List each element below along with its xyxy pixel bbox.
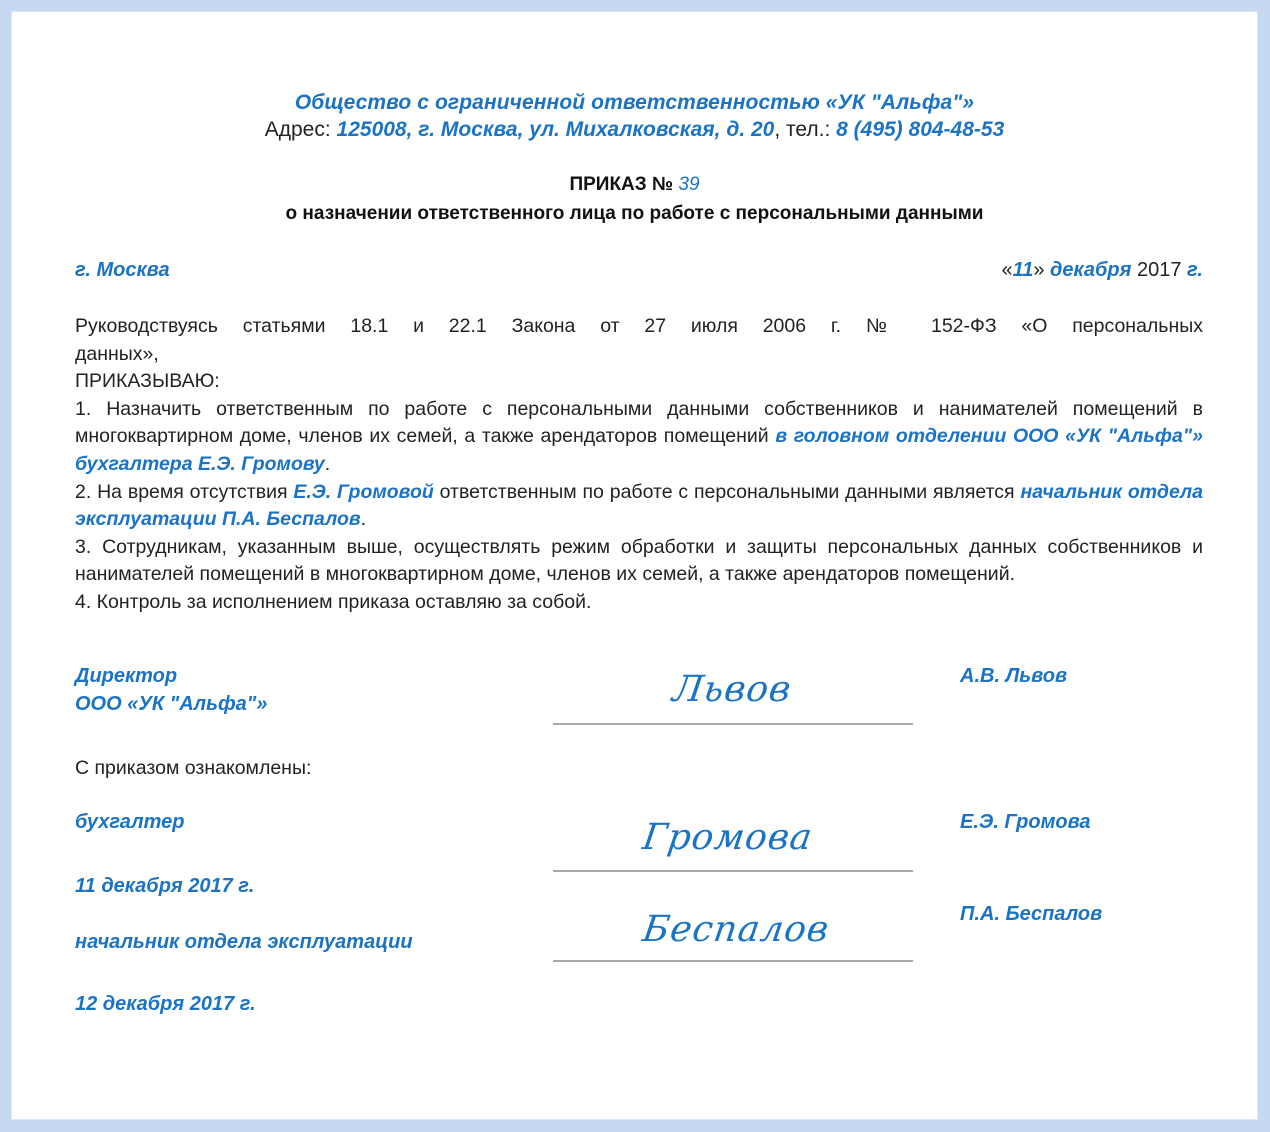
date-year: 2017 — [1131, 259, 1181, 281]
manager-signature-line — [553, 960, 913, 962]
preamble-line-1: Руководствуясь статьями 18.1 и 22.1 Зако… — [75, 313, 1203, 341]
item-2-text-a: 2. На время отсутствия — [75, 481, 293, 503]
accountant-signature-line — [553, 870, 913, 872]
item-1-end: . — [325, 453, 330, 475]
order-title-prefix: ПРИКАЗ № — [569, 174, 678, 195]
manager-title: начальник отдела эксплуатации — [75, 928, 413, 956]
date-year-suffix: г. — [1181, 259, 1203, 281]
director-name: А.В. Львов — [960, 662, 1067, 690]
manager-signature: Беспалов — [640, 909, 832, 950]
address-label: Адрес: — [265, 118, 337, 141]
item-2-end: . — [361, 508, 366, 530]
item-4: 4. Контроль за исполнением приказа остав… — [75, 589, 1203, 617]
phone-value: 8 (495) 804-48-53 — [836, 118, 1004, 141]
accountant-name: Е.Э. Громова — [960, 808, 1091, 836]
date-month: декабря — [1050, 259, 1131, 281]
order-body: Руководствуясь статьями 18.1 и 22.1 Зако… — [75, 313, 1203, 617]
city: г. Москва — [75, 259, 170, 282]
accountant-title: бухгалтер — [75, 808, 184, 836]
director-signature: Львов — [670, 669, 794, 710]
director-signature-line — [553, 723, 913, 725]
director-title-line-1: Директор — [75, 662, 267, 690]
order-title: ПРИКАЗ № 39 — [11, 174, 1258, 196]
quote-close: » — [1033, 259, 1050, 281]
quote-open: « — [1001, 259, 1012, 281]
item-2-highlight-a: Е.Э. Громовой — [293, 481, 433, 503]
item-1: 1. Назначить ответственным по работе с п… — [75, 396, 1203, 479]
accountant-signature: Громова — [640, 817, 815, 858]
manager-date: 12 декабря 2017 г. — [75, 990, 256, 1018]
item-2: 2. На время отсутствия Е.Э. Громовой отв… — [75, 479, 1203, 534]
order-subtitle: о назначении ответственного лица по рабо… — [11, 203, 1258, 225]
address-line: Адрес: 125008, г. Москва, ул. Михалковск… — [11, 118, 1258, 142]
director-title-line-2: ООО «УК "Альфа"» — [75, 690, 267, 718]
preamble-line-2: данных», — [75, 341, 1203, 369]
item-2-text-b: ответственным по работе с персональными … — [434, 481, 1021, 503]
order-number: 39 — [678, 174, 699, 195]
address-value: 125008, г. Москва, ул. Михалковская, д. … — [337, 118, 775, 141]
document-page: Общество с ограниченной ответственностью… — [11, 11, 1258, 1120]
director-title: Директор ООО «УК "Альфа"» — [75, 662, 267, 718]
acknowledged-label: С приказом ознакомлены: — [75, 757, 311, 780]
date-day: 11 — [1013, 259, 1034, 281]
item-3: 3. Сотрудникам, указанным выше, осуществ… — [75, 534, 1203, 589]
phone-label: , тел.: — [774, 118, 836, 141]
organization-name: Общество с ограниченной ответственностью… — [11, 91, 1258, 115]
manager-name: П.А. Беспалов — [960, 900, 1102, 928]
order-word: ПРИКАЗЫВАЮ: — [75, 368, 1203, 396]
order-date: «11» декабря 2017 г. — [1001, 259, 1203, 282]
accountant-date: 11 декабря 2017 г. — [75, 872, 254, 900]
